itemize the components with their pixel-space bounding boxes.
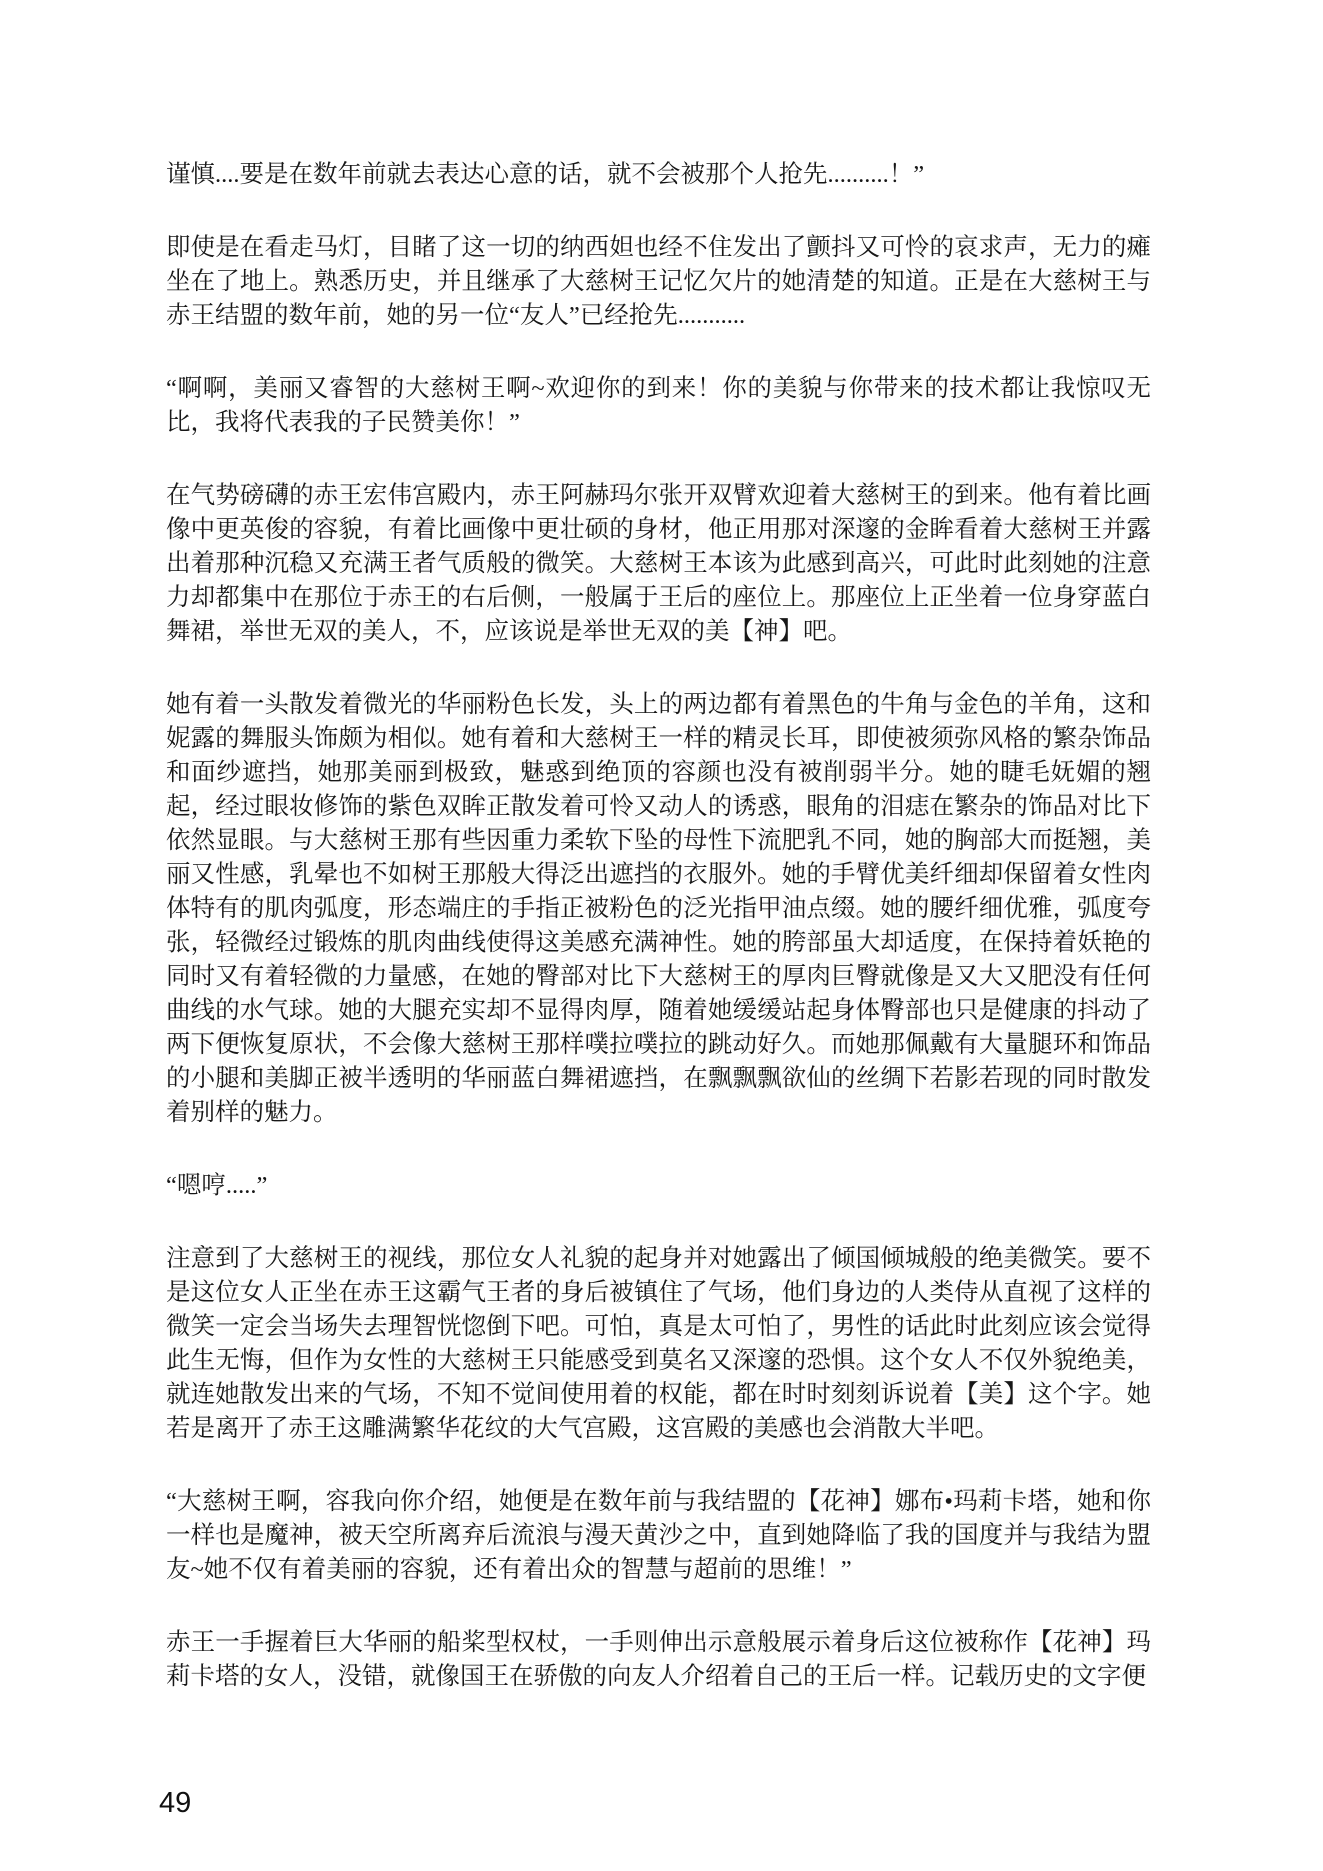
document-page: 谨慎....要是在数年前就去表达心意的话，就不会被那个人抢先..........… (0, 0, 1323, 1871)
paragraph-continuation: 谨慎....要是在数年前就去表达心意的话，就不会被那个人抢先..........… (166, 158, 1151, 192)
paragraph-dialogue-welcome: “啊啊，美丽又睿智的大慈树王啊~欢迎你的到来！你的美貌与你带来的技术都让我惊叹无… (166, 372, 1151, 440)
text-block: 谨慎....要是在数年前就去表达心意的话，就不会被那个人抢先..........… (166, 158, 1151, 1694)
paragraph-narration-description: 她有着一头散发着微光的华丽粉色长发，头上的两边都有着黑色的牛角与金色的羊角，这和… (166, 688, 1151, 1130)
paragraph-narration-smile: 注意到了大慈树王的视线，那位女人礼貌的起身并对她露出了倾国倾城般的绝美微笑。要不… (166, 1242, 1151, 1446)
paragraph-dialogue-hum: “嗯哼.....” (166, 1169, 1151, 1203)
paragraph-dialogue-introduction: “大慈树王啊，容我向你介绍，她便是在数年前与我结盟的【花神】娜布•玛莉卡塔，她和… (166, 1485, 1151, 1587)
paragraph-narration-scepter: 赤王一手握着巨大华丽的船桨型权杖，一手则伸出示意般展示着身后这位被称作【花神】玛… (166, 1626, 1151, 1694)
page-number: 49 (159, 1786, 191, 1820)
paragraph-narration-nahida: 即使是在看走马灯，目睹了这一切的纳西妲也经不住发出了颤抖又可怜的哀求声，无力的瘫… (166, 231, 1151, 333)
paragraph-narration-palace: 在气势磅礴的赤王宏伟宫殿内，赤王阿赫玛尔张开双臂欢迎着大慈树王的到来。他有着比画… (166, 479, 1151, 649)
